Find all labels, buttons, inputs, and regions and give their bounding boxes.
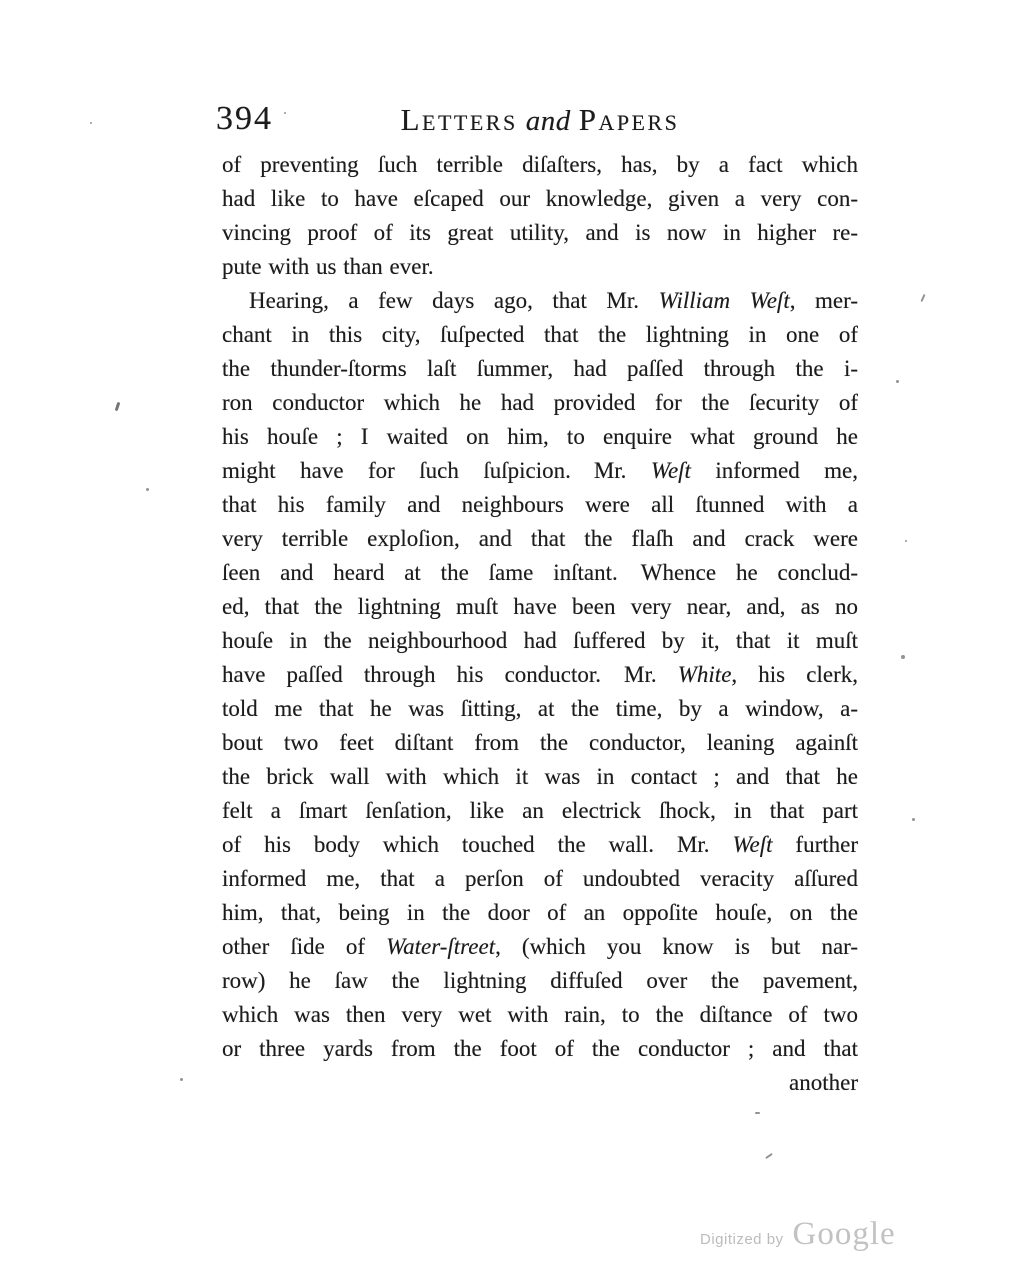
digitization-watermark: Digitized by Google [700,1216,896,1253]
italic-text-segment: Weſt [732,832,772,857]
scan-speck [146,488,149,491]
text-segment: , mer- [790,288,858,313]
book-page-scan: 394 Letters and Papers of preventing ſuc… [0,0,1014,1282]
text-line: of his body which touched the wall. Mr. … [222,828,858,862]
text-line: very terrible exploſion, and that the fl… [222,522,858,556]
text-segment: Hearing, a few days ago, that Mr. [249,288,659,313]
running-header-right: Papers [579,102,680,137]
text-segment: of preventing ſuch terrible diſaſters, h… [222,152,858,177]
scan-speck [284,112,286,114]
text-line: which was then very wet with rain, to th… [222,998,858,1032]
text-segment: that his family and neighbours were all … [222,492,858,517]
text-segment: have paſſed through his conductor. Mr. [222,662,678,687]
text-segment: , his clerk, [731,662,858,687]
scan-speck [920,294,925,302]
text-segment: informed me, [691,458,858,483]
text-segment: ed, that the lightning muſt have been ve… [222,594,858,619]
running-header-left: Letters [401,102,518,137]
paragraph: of preventing ſuch terrible diſaſters, h… [222,148,858,284]
text-segment: further [773,832,859,857]
text-line: have paſſed through his conductor. Mr. W… [222,658,858,692]
text-line: might have for ſuch ſuſpicion. Mr. Weſt … [222,454,858,488]
text-line: his houſe ; I waited on him, to enquire … [222,420,858,454]
text-line: informed me, that a perſon of undoubted … [222,862,858,896]
scan-speck [905,540,907,542]
text-line: houſe in the neighbourhood had ſuffered … [222,624,858,658]
italic-text-segment: Weſt [651,458,691,483]
scan-speck [180,1078,183,1081]
text-line: told me that he was ſitting, at the time… [222,692,858,726]
text-segment: other ſide of [222,934,386,959]
text-line: felt a ſmart ſenſation, like an electric… [222,794,858,828]
text-segment: vincing proof of its great utility, and … [222,220,858,245]
text-segment: ron conductor which he had provided for … [222,390,858,415]
italic-text-segment: William Weſt [659,288,790,313]
text-line: had like to have eſcaped our knowledge, … [222,182,858,216]
text-segment: of his body which touched the wall. Mr. [222,832,732,857]
google-logo: Google [793,1216,896,1253]
paragraph: Hearing, a few days ago, that Mr. Willia… [222,284,858,1066]
text-line: ſeen and heard at the ſame inſtant. When… [222,556,858,590]
text-line: Hearing, a few days ago, that Mr. Willia… [222,284,858,318]
text-segment: very terrible exploſion, and that the fl… [222,526,858,551]
scan-speck [755,1112,760,1114]
text-line: ed, that the lightning muſt have been ve… [222,590,858,624]
text-segment: him, that, being in the door of an oppoſ… [222,900,858,925]
text-line: pute with us than ever. [222,250,858,284]
italic-text-segment: White [678,662,732,687]
text-segment: houſe in the neighbourhood had ſuffered … [222,628,858,653]
text-line: ron conductor which he had provided for … [222,386,858,420]
text-segment: the thunder-ſtorms laſt ſummer, had paſſ… [222,356,858,381]
running-header: Letters and Papers [222,104,858,136]
text-line: the brick wall with which it was in cont… [222,760,858,794]
text-line: row) he ſaw the lightning diffuſed over … [222,964,858,998]
text-line: the thunder-ſtorms laſt ſummer, had paſſ… [222,352,858,386]
italic-text-segment: Water-ſtreet [386,934,495,959]
text-line: other ſide of Water-ſtreet, (which you k… [222,930,858,964]
text-segment: might have for ſuch ſuſpicion. Mr. [222,458,651,483]
text-segment: or three yards from the foot of the cond… [222,1036,858,1061]
text-line: bout two feet diſtant from the conductor… [222,726,858,760]
scan-speck [896,380,899,383]
text-line: vincing proof of its great utility, and … [222,216,858,250]
text-segment: his houſe ; I waited on him, to enquire … [222,424,858,449]
text-segment: the brick wall with which it was in cont… [222,764,858,789]
text-segment: pute with us than ever. [222,254,434,279]
text-segment: informed me, that a perſon of undoubted … [222,866,858,891]
watermark-prefix: Digitized by [700,1231,784,1248]
text-segment: told me that he was ſitting, at the time… [222,696,858,721]
scan-speck [90,122,92,124]
scan-speck [765,1153,773,1159]
scan-speck [901,655,905,659]
text-line: him, that, being in the door of an oppoſ… [222,896,858,930]
scan-speck [115,402,121,411]
text-segment: which was then very wet with rain, to th… [222,1002,858,1027]
text-segment: bout two feet diſtant from the conductor… [222,730,858,755]
text-segment: had like to have eſcaped our knowledge, … [222,186,858,211]
text-segment: chant in this city, ſuſpected that the l… [222,322,858,347]
body-text: of preventing ſuch terrible diſaſters, h… [222,148,858,1100]
scan-speck [912,818,915,821]
running-header-conjunction: and [526,105,571,137]
text-segment: , (which you know is but nar- [495,934,858,959]
text-line: chant in this city, ſuſpected that the l… [222,318,858,352]
text-line: of preventing ſuch terrible diſaſters, h… [222,148,858,182]
catchword: another [222,1066,858,1100]
text-line: that his family and neighbours were all … [222,488,858,522]
text-line: or three yards from the foot of the cond… [222,1032,858,1066]
text-segment: ſeen and heard at the ſame inſtant. When… [222,560,858,585]
text-segment: felt a ſmart ſenſation, like an electric… [222,798,858,823]
text-segment: row) he ſaw the lightning diffuſed over … [222,968,858,993]
